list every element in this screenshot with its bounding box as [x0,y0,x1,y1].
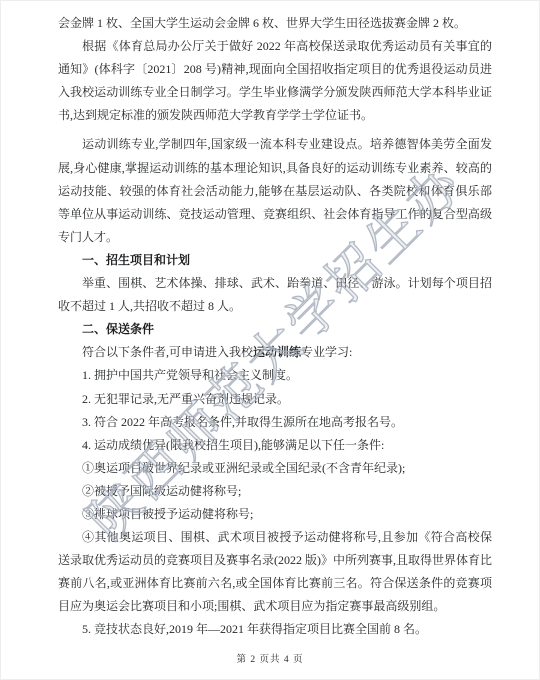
condition-sub-item-3: ③排球项目被授予运动健将称号; [58,503,492,526]
condition-item-4: 4. 运动成绩优异(限我校招生项目),能够满足以下任一条件: [58,434,492,457]
condition-sub-item-1: ①奥运项目破世界纪录或亚洲纪录或全国纪录(不含青年纪录); [58,457,492,480]
condition-item-2: 2. 无犯罪记录,无严重兴奋剂违规记录。 [58,388,492,411]
paragraph-notice-basis: 根据《体育总局办公厅关于做好 2022 年高校保送录取优秀运动员有关事宜的通知》… [58,35,492,127]
condition-sub-item-2: ②被授予国际级运动健将称号; [58,480,492,503]
condition-item-5: 5. 竞技状态良好,2019 年—2021 年获得指定项目比赛全国前 8 名。 [58,618,492,641]
section-heading-recommendation-conditions: 二、保送条件 [58,318,492,341]
condition-intro-post: 专业学习: [301,345,352,359]
condition-intro-bold-major: 运动训练 [253,345,301,359]
document-body: 会金牌 1 枚、全国大学生运动会金牌 6 枚、世界大学生田径选拔赛金牌 2 枚。… [58,12,492,642]
page-number: 第 2 页共 4 页 [1,651,539,665]
condition-intro-pre: 符合以下条件者,可申请进入我校 [82,345,253,359]
condition-item-1: 1. 拥护中国共产党领导和社会主义制度。 [58,364,492,387]
condition-sub-item-4: ④其他奥运项目、围棋、武术项目被授予运动健将称号,且参加《符合高校保送录取优秀运… [58,526,492,618]
document-page: 陕西师范大学招生办 会金牌 1 枚、全国大学生运动会金牌 6 枚、世界大学生田径… [0,0,540,680]
paragraph-condition-intro: 符合以下条件者,可申请进入我校运动训练专业学习: [58,341,492,364]
paragraph-medal-summary: 会金牌 1 枚、全国大学生运动会金牌 6 枚、世界大学生田径选拔赛金牌 2 枚。 [58,12,492,35]
paragraph-major-description: 运动训练专业,学制四年,国家级一流本科专业建设点。培养德智体美劳全面发展,身心健… [58,133,492,248]
paragraph-sport-projects: 举重、围棋、艺术体操、排球、武术、跆拳道、田径、游泳。计划每个项目招收不超过 1… [58,272,492,318]
section-heading-enrollment-plan: 一、招生项目和计划 [58,249,492,272]
condition-item-3: 3. 符合 2022 年高考报名条件,并取得生源所在地高考报名号。 [58,411,492,434]
